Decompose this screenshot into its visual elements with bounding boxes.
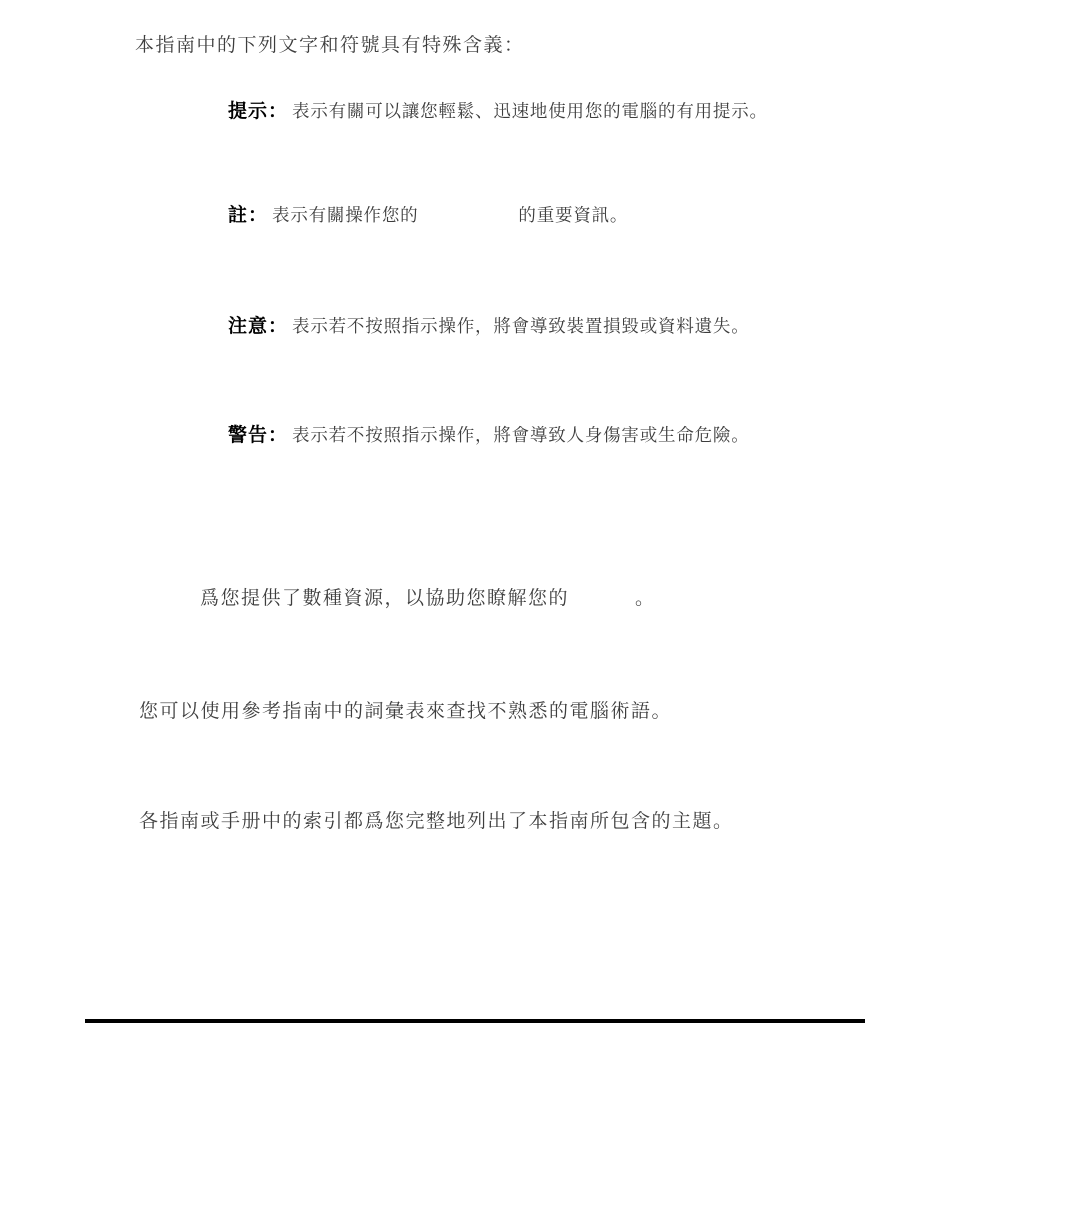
notice-caution-label: 注意： [228,316,288,337]
blank-text-gap [418,220,518,221]
notice-note: 註：表示有關操作您的的重要資訊。 [228,204,628,227]
intro-line: 本指南中的下列文字和符號具有特殊含義： [135,34,525,58]
paragraph-glossary: 您可以使用參考指南中的詞彙表來查找不熟悉的電腦術語。 [139,700,672,724]
notice-note-label: 註： [228,205,268,226]
paragraph-resources-text-before-gap: 爲您提供了數種資源，以協助您瞭解您的 [200,588,569,609]
notice-warning-label: 警告： [228,425,288,446]
notice-note-text-before-gap: 表示有關操作您的 [272,205,418,225]
notice-caution: 注意：表示若不按照指示操作，將會導致裝置損毀或資料遺失。 [228,315,750,338]
notice-tip-text: 表示有關可以讓您輕鬆、迅速地使用您的電腦的有用提示。 [292,101,768,121]
paragraph-resources: 爲您提供了數種資源，以協助您瞭解您的。 [200,587,656,611]
notice-caution-text: 表示若不按照指示操作，將會導致裝置損毀或資料遺失。 [292,316,750,336]
footer-divider-rule [85,1019,865,1023]
document-page: 本指南中的下列文字和符號具有特殊含義： 提示：表示有關可以讓您輕鬆、迅速地使用您… [0,0,1066,1206]
paragraph-resources-text-after-gap: 。 [635,588,656,609]
paragraph-index: 各指南或手册中的索引都爲您完整地列出了本指南所包含的主題。 [139,810,734,834]
notice-warning: 警告：表示若不按照指示操作，將會導致人身傷害或生命危險。 [228,424,750,447]
notice-warning-text: 表示若不按照指示操作，將會導致人身傷害或生命危險。 [292,425,750,445]
notice-note-text-after-gap: 的重要資訊。 [518,205,628,225]
blank-text-gap [569,603,635,604]
notice-tip: 提示：表示有關可以讓您輕鬆、迅速地使用您的電腦的有用提示。 [228,100,768,123]
notice-tip-label: 提示： [228,101,288,122]
